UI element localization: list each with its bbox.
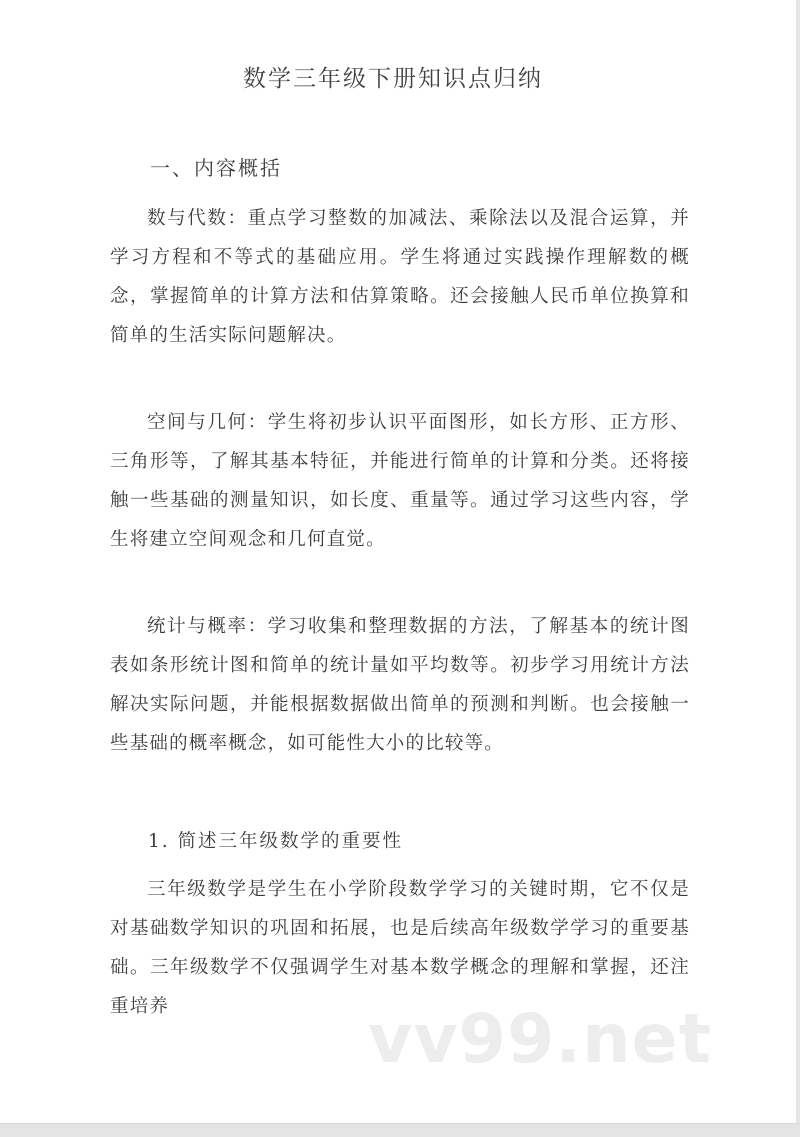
page-right-edge xyxy=(796,0,800,1137)
document-title: 数学三年级下册知识点归纳 xyxy=(0,60,786,93)
subheading-importance: 1. 简述三年级数学的重要性 xyxy=(148,827,403,853)
paragraph-number-algebra: 数与代数：重点学习整数的加减法、乘除法以及混合运算，并学习方程和不等式的基础应用… xyxy=(110,199,690,355)
watermark-text: vv99.net xyxy=(368,1000,712,1079)
document-page: 数学三年级下册知识点归纳 一、内容概括 数与代数：重点学习整数的加减法、乘除法以… xyxy=(0,0,796,1123)
section-heading: 一、内容概括 xyxy=(150,152,282,181)
paragraph-space-geometry: 空间与几何：学生将初步认识平面图形，如长方形、正方形、三角形等，了解其基本特征，… xyxy=(110,403,690,559)
paragraph-statistics-probability: 统计与概率：学习收集和整理数据的方法，了解基本的统计图表如条形统计图和简单的统计… xyxy=(110,607,690,763)
page-bottom-edge xyxy=(0,1123,800,1137)
